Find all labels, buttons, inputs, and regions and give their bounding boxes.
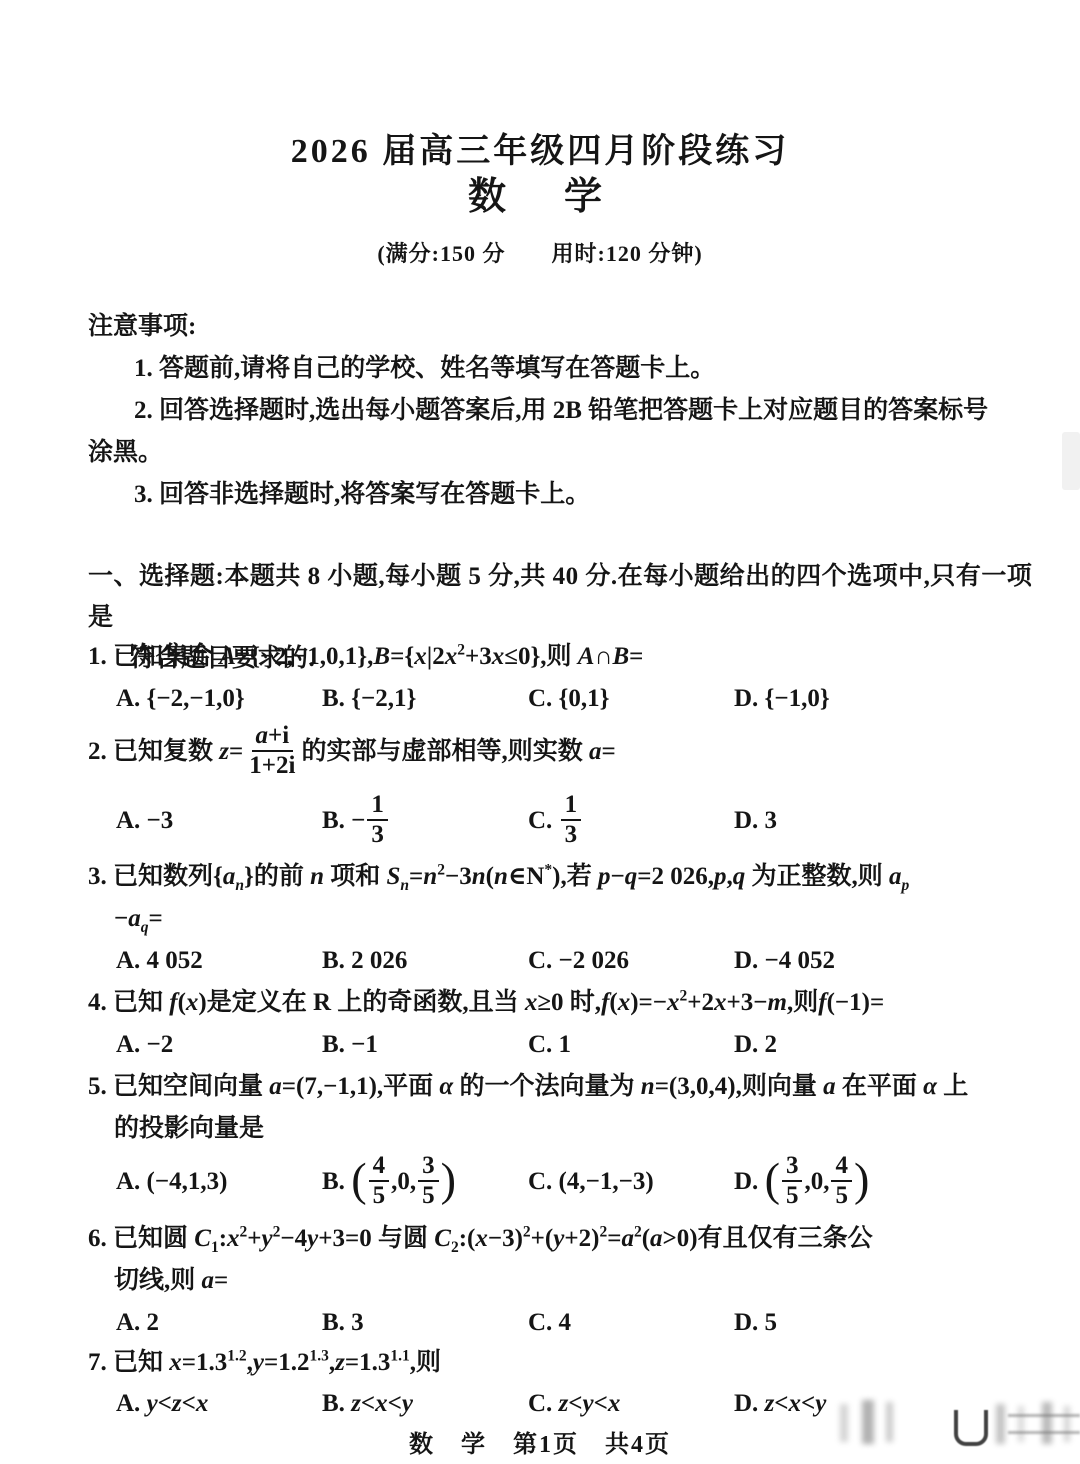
question-4-option-b: B. −1 bbox=[322, 1024, 528, 1066]
question-6-option-d: D. 5 bbox=[734, 1302, 1040, 1344]
scan-edge-artifact bbox=[1062, 432, 1080, 490]
question-4-stem: 4. 已知 f(x)是定义在 R 上的奇函数,且当 x≥0 时,f(x)=−x2… bbox=[88, 982, 1040, 1024]
question-5-stem: 5. 已知空间向量 a=(7,−1,1),平面 α 的一个法向量为 n=(3,0… bbox=[88, 1066, 1040, 1150]
question-6-options: A. 2 B. 3 C. 4 D. 5 bbox=[88, 1302, 1040, 1344]
question-5-option-a: A. (−4,1,3) bbox=[116, 1150, 322, 1214]
question-3-option-a: A. 4 052 bbox=[116, 940, 322, 982]
question-5-option-b: B. (45,0,35) bbox=[322, 1150, 528, 1214]
question-2-option-b: B. −13 bbox=[322, 790, 528, 852]
question-4-option-d: D. 2 bbox=[734, 1024, 1040, 1066]
question-2-stem: 2. 已知复数 z=a+i1+2i的实部与虚部相等,则实数 a= bbox=[88, 720, 1040, 784]
question-4-option-c: C. 1 bbox=[528, 1024, 734, 1066]
question-4-option-a: A. −2 bbox=[116, 1024, 322, 1066]
question-1-options: A. {−2,−1,0} B. {−2,1} C. {0,1} D. {−1,0… bbox=[88, 678, 1040, 720]
question-7-stem: 7. 已知 x=1.31.2,y=1.21.3,z=1.31.1,则 bbox=[88, 1342, 1040, 1383]
notice-item-1: 1. 答题前,请将自己的学校、姓名等填写在答题卡上。 bbox=[88, 348, 1040, 390]
question-1-option-b: B. {−2,1} bbox=[322, 678, 528, 720]
notice-block: 注意事项: 1. 答题前,请将自己的学校、姓名等填写在答题卡上。 2. 回答选择… bbox=[88, 306, 1040, 516]
question-6-stem-line-1: 6. 已知圆 C1:x2+y2−4y+3=0 与圆 C2:(x−3)2+(y+2… bbox=[88, 1218, 1040, 1260]
question-7: 7. 已知 x=1.31.2,y=1.21.3,z=1.31.1,则 A. y<… bbox=[88, 1342, 1040, 1424]
question-7-option-c: C. z<y<x bbox=[528, 1383, 734, 1424]
question-5-stem-line-2: 的投影向量是 bbox=[88, 1108, 1040, 1150]
question-6-option-a: A. 2 bbox=[116, 1302, 322, 1344]
question-2-option-a: A. −3 bbox=[116, 790, 322, 852]
page-footer: 数 学 第1页 共4页 bbox=[0, 1430, 1080, 1460]
question-2-option-d: D. 3 bbox=[734, 790, 1040, 852]
question-1-stem: 1. 已知集合 A={−2,−1,0,1},B={x|2x2+3x≤0},则 A… bbox=[88, 636, 1040, 678]
question-4-options: A. −2 B. −1 C. 1 D. 2 bbox=[88, 1024, 1040, 1066]
question-3-option-b: B. 2 026 bbox=[322, 940, 528, 982]
question-6-option-c: C. 4 bbox=[528, 1302, 734, 1344]
question-3-option-d: D. −4 052 bbox=[734, 940, 1040, 982]
question-4: 4. 已知 f(x)是定义在 R 上的奇函数,且当 x≥0 时,f(x)=−x2… bbox=[88, 982, 1040, 1066]
question-5-stem-line-1: 5. 已知空间向量 a=(7,−1,1),平面 α 的一个法向量为 n=(3,0… bbox=[88, 1066, 1040, 1108]
question-6: 6. 已知圆 C1:x2+y2−4y+3=0 与圆 C2:(x−3)2+(y+2… bbox=[88, 1218, 1040, 1344]
question-2-option-c: C. 13 bbox=[528, 790, 734, 852]
question-5-option-d: D. (35,0,45) bbox=[734, 1150, 1040, 1214]
question-7-option-a: A. y<z<x bbox=[116, 1383, 322, 1424]
section-1-line-1: 一、选择题:本题共 8 小题,每小题 5 分,共 40 分.在每小题给出的四个选… bbox=[88, 556, 1040, 638]
question-3-stem-line-1: 3. 已知数列{an}的前 n 项和 Sn=n2−3n(n∈N*),若 p−q=… bbox=[88, 856, 1040, 898]
notice-heading: 注意事项: bbox=[88, 306, 1040, 348]
exam-paper-page: 2026 届高三年级四月阶段练习 数 学 (满分:150 分 用时:120 分钟… bbox=[0, 0, 1080, 1464]
subject-title: 数 学 bbox=[0, 174, 1080, 220]
question-1: 1. 已知集合 A={−2,−1,0,1},B={x|2x2+3x≤0},则 A… bbox=[88, 636, 1040, 720]
question-3: 3. 已知数列{an}的前 n 项和 Sn=n2−3n(n∈N*),若 p−q=… bbox=[88, 856, 1040, 982]
question-5-options: A. (−4,1,3) B. (45,0,35) C. (4,−1,−3) D.… bbox=[88, 1150, 1040, 1214]
question-1-option-d: D. {−1,0} bbox=[734, 678, 1040, 720]
question-6-option-b: B. 3 bbox=[322, 1302, 528, 1344]
score-time-meta: (满分:150 分 用时:120 分钟) bbox=[0, 240, 1080, 268]
question-3-stem-line-2: −aq= bbox=[88, 898, 1040, 940]
page-title: 2026 届高三年级四月阶段练习 bbox=[0, 132, 1080, 172]
notice-item-2-cont: 涂黑。 bbox=[88, 432, 1040, 474]
question-7-option-b: B. z<x<y bbox=[322, 1383, 528, 1424]
question-7-options: A. y<z<x B. z<x<y C. z<y<x D. z<x<y bbox=[88, 1383, 1040, 1424]
question-3-options: A. 4 052 B. 2 026 C. −2 026 D. −4 052 bbox=[88, 940, 1040, 982]
question-1-option-a: A. {−2,−1,0} bbox=[116, 678, 322, 720]
notice-item-2: 2. 回答选择题时,选出每小题答案后,用 2B 铅笔把答题卡上对应题目的答案标号 bbox=[88, 390, 1040, 432]
question-1-option-c: C. {0,1} bbox=[528, 678, 734, 720]
question-3-option-c: C. −2 026 bbox=[528, 940, 734, 982]
question-7-option-d: D. z<x<y bbox=[734, 1383, 1040, 1424]
question-2-options: A. −3 B. −13 C. 13 D. 3 bbox=[88, 790, 1040, 852]
question-6-stem-line-2: 切线,则 a= bbox=[88, 1260, 1040, 1302]
notice-item-3: 3. 回答非选择题时,将答案写在答题卡上。 bbox=[88, 474, 1040, 516]
question-5-option-c: C. (4,−1,−3) bbox=[528, 1150, 734, 1214]
